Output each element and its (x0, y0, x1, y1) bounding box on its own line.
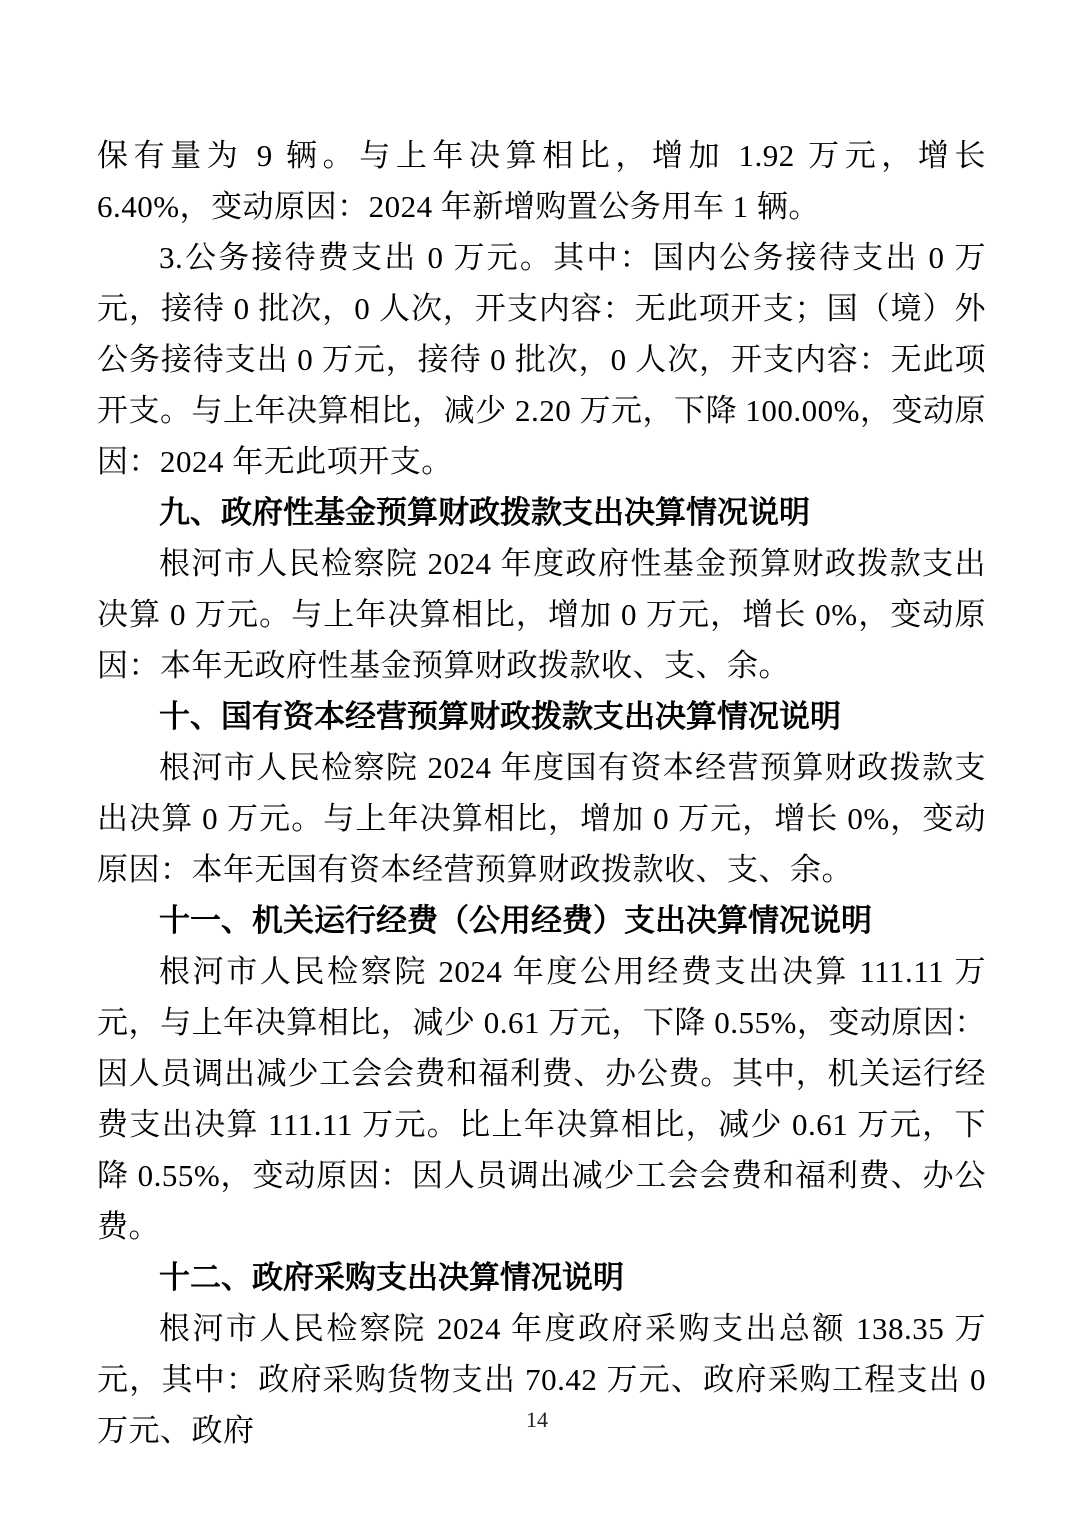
page-number: 14 (526, 1407, 548, 1432)
heading-section-12-government-procurement: 十二、政府采购支出决算情况说明 (97, 1252, 986, 1303)
paragraph-section-9-government-fund-budget: 根河市人民检察院 2024 年度政府性基金预算财政拨款支出决算 0 万元。与上年… (97, 538, 986, 691)
heading-section-9-government-fund-budget: 九、政府性基金预算财政拨款支出决算情况说明 (97, 487, 986, 538)
page-footer: 14 (0, 1405, 1074, 1435)
paragraph-section-10-state-capital-budget: 根河市人民检察院 2024 年度国有资本经营预算财政拨款支出决算 0 万元。与上… (97, 742, 986, 895)
paragraph-section-11-operating-expense: 根河市人民检察院 2024 年度公用经费支出决算 111.11 万元，与上年决算… (97, 946, 986, 1252)
paragraph-official-reception-expense: 3.公务接待费支出 0 万元。其中：国内公务接待支出 0 万元，接待 0 批次，… (97, 232, 986, 487)
document-page: 保有量为 9 辆。与上年决算相比，增加 1.92 万元，增长 6.40%，变动原… (0, 0, 1074, 1520)
heading-section-10-state-capital-budget: 十、国有资本经营预算财政拨款支出决算情况说明 (97, 691, 986, 742)
document-body: 保有量为 9 辆。与上年决算相比，增加 1.92 万元，增长 6.40%，变动原… (97, 130, 986, 1456)
paragraph-vehicle-continuation: 保有量为 9 辆。与上年决算相比，增加 1.92 万元，增长 6.40%，变动原… (97, 130, 986, 232)
heading-section-11-operating-expense: 十一、机关运行经费（公用经费）支出决算情况说明 (97, 895, 986, 946)
